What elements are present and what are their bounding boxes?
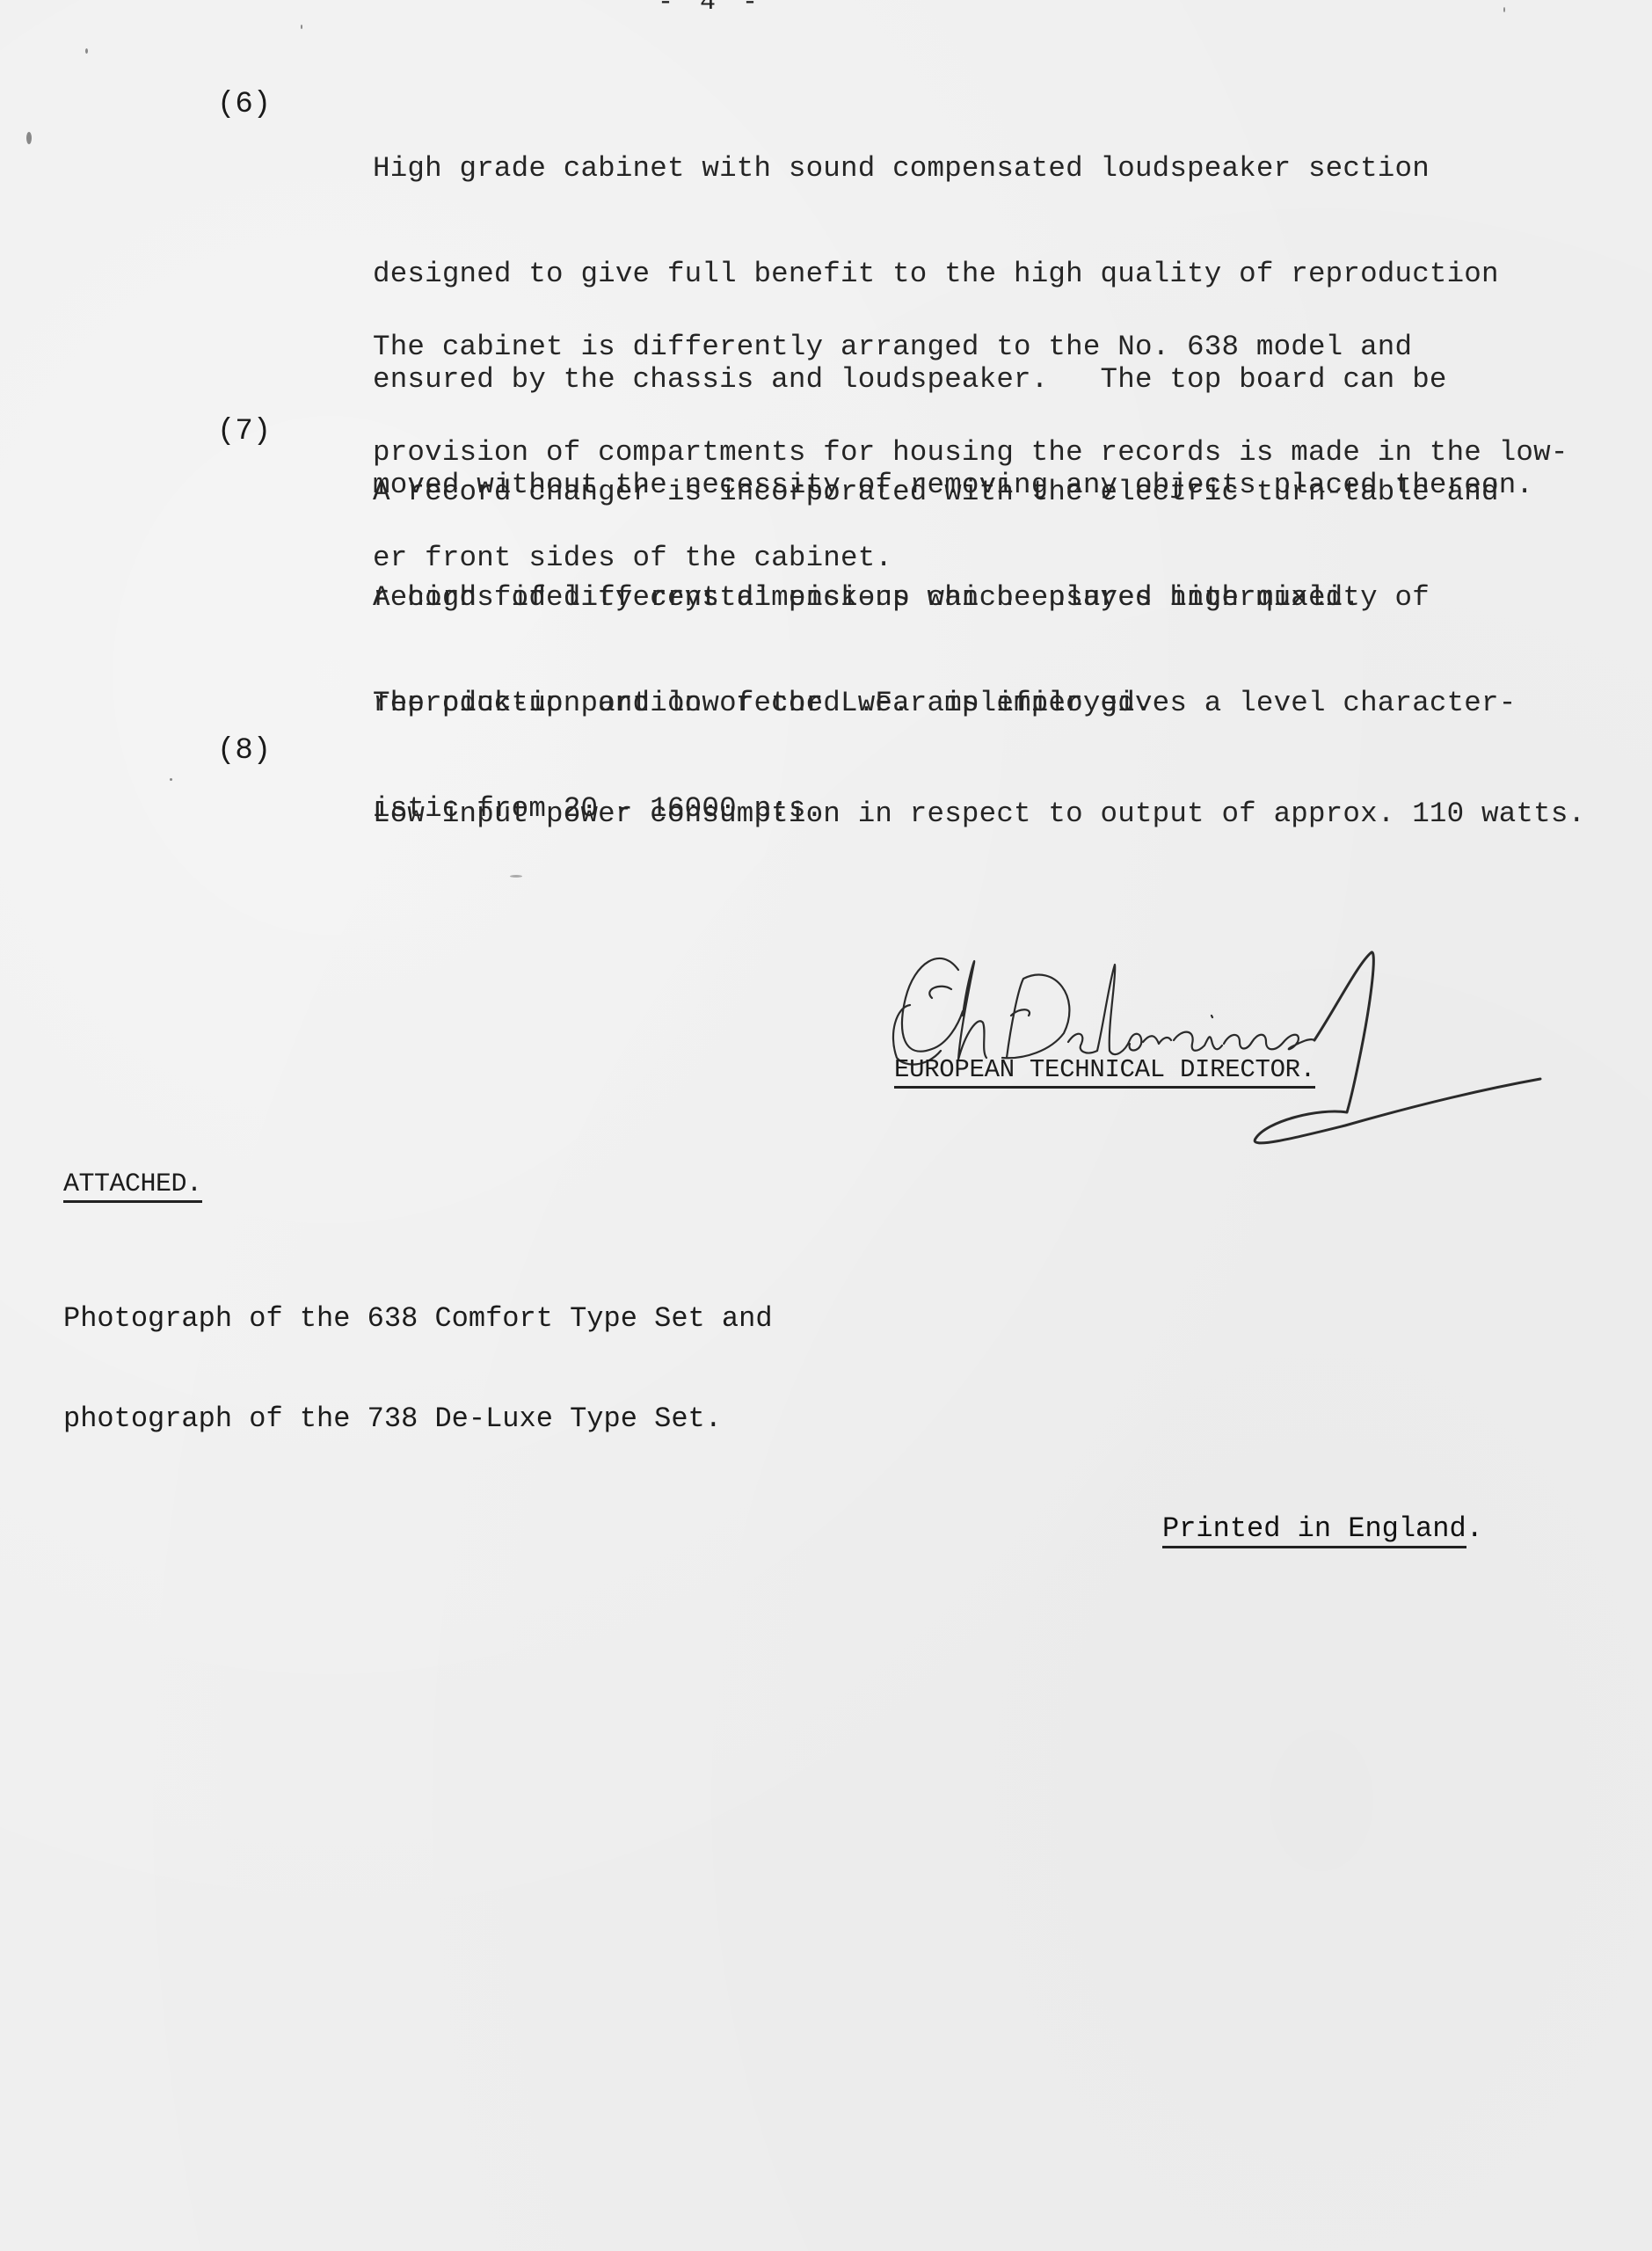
document-page: - 4 - (6) High grade cabinet with sound … bbox=[0, 0, 1652, 2251]
scan-blemish bbox=[85, 48, 88, 54]
printed-in-england-note: Printed in England. bbox=[1162, 1512, 1483, 1545]
page-number: - 4 - bbox=[658, 0, 763, 18]
attached-list: Photograph of the 638 Comfort Type Set a… bbox=[63, 1235, 773, 1503]
attached-heading: ATTACHED. bbox=[63, 1169, 202, 1203]
item-number-8: (8) bbox=[217, 734, 271, 768]
attachment-line: photograph of the 738 De-Luxe Type Set. bbox=[63, 1402, 773, 1436]
item-number-7: (7) bbox=[217, 415, 271, 448]
scan-blemish bbox=[510, 875, 522, 878]
scan-blemish bbox=[170, 778, 172, 781]
attachment-line: Photograph of the 638 Comfort Type Set a… bbox=[63, 1302, 773, 1336]
handwritten-signature bbox=[879, 928, 1635, 1156]
printed-label: Printed in England bbox=[1162, 1512, 1466, 1548]
scan-blemish bbox=[1503, 7, 1505, 12]
scan-blemish bbox=[26, 132, 32, 144]
scan-blemish bbox=[301, 25, 302, 29]
printed-period: . bbox=[1466, 1512, 1483, 1545]
text-line: High grade cabinet with sound compensate… bbox=[373, 151, 1533, 186]
text-line: The cabinet is differently arranged to t… bbox=[373, 330, 1568, 365]
text-line: A high fidelity crystal pick-up which en… bbox=[373, 580, 1430, 616]
signatory-title: EUROPEAN TECHNICAL DIRECTOR. bbox=[894, 1055, 1315, 1089]
text-line: A record changer is incorporated with th… bbox=[373, 475, 1499, 510]
text-line: The pick-up portion of the L.F. amplifie… bbox=[373, 686, 1516, 721]
item-8-paragraph-1: Low input power consumption in respect t… bbox=[373, 726, 1585, 902]
text-line: Low input power consumption in respect t… bbox=[373, 797, 1585, 832]
item-number-6: (6) bbox=[217, 88, 271, 121]
signature-block: EUROPEAN TECHNICAL DIRECTOR. bbox=[879, 928, 1635, 1156]
